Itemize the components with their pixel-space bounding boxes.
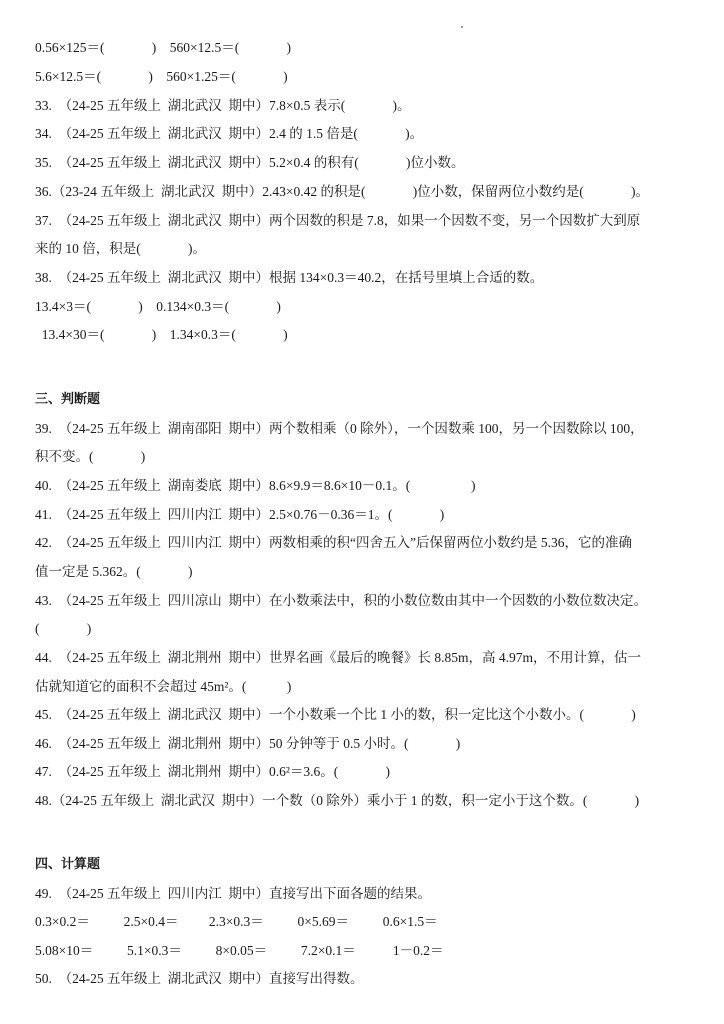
question-40: 40. （24-25 五年级上 湖南娄底 期中）8.6×9.9＝8.6×10－0… [35,476,475,496]
question-34: 34. （24-25 五年级上 湖北武汉 期中）2.4 的 1.5 倍是( )。 [35,124,423,144]
question-44: 44. （24-25 五年级上 湖北荆州 期中）世界名画《最后的晚餐》长 8.8… [35,648,641,668]
question-50: 50. （24-25 五年级上 湖北武汉 期中）直接写出得数。 [35,969,364,989]
question-49-row-1: 0.3×0.2＝ 2.5×0.4＝ 2.3×0.3＝ 0×5.69＝ 0.6×1… [35,912,438,932]
page-marker-dot [461,26,463,28]
question-42: 42. （24-25 五年级上 四川内江 期中）两数相乘的积“四舍五入”后保留两… [35,533,632,553]
section-heading-calculation: 四、计算题 [35,855,100,875]
question-45: 45. （24-25 五年级上 湖北武汉 期中）一个小数乘一个比 1 小的数，积… [35,705,636,725]
question-49: 49. （24-25 五年级上 四川内江 期中）直接写出下面各题的结果。 [35,884,431,904]
question-44-cont: 估就知道它的面积不会超过 45m²。( ) [35,677,291,697]
question-49-row-2: 5.08×10＝ 5.1×0.3＝ 8×0.05＝ 7.2×0.1＝ 1－0.2… [35,941,443,961]
question-36: 36.（23-24 五年级上 湖北武汉 期中）2.43×0.42 的积是( )位… [35,182,649,202]
section-heading-judgment: 三、判断题 [35,390,100,410]
question-42-cont: 值一定是 5.362。( ) [35,562,193,582]
question-37: 37. （24-25 五年级上 湖北武汉 期中）两个因数的积是 7.8，如果一个… [35,211,640,231]
question-38: 38. （24-25 五年级上 湖北武汉 期中）根据 134×0.3＝40.2，… [35,268,543,288]
q32-line-2: 5.6×12.5＝( ) 560×1.25＝( ) [35,67,288,87]
question-48: 48.（24-25 五年级上 湖北武汉 期中）一个数（0 除外）乘小于 1 的数… [35,791,639,811]
question-39-cont: 积不变。( ) [35,447,145,467]
question-46: 46. （24-25 五年级上 湖北荆州 期中）50 分钟等于 0.5 小时。(… [35,734,460,754]
question-39: 39. （24-25 五年级上 湖南邵阳 期中）两个数相乘（0 除外），一个因数… [35,419,644,439]
question-38-row-2: 13.4×30＝( ) 1.34×0.3＝( ) [35,325,288,345]
question-38-row-1: 13.4×3＝( ) 0.134×0.3＝( ) [35,297,281,317]
question-43-cont: ( ) [35,619,91,639]
question-43: 43. （24-25 五年级上 四川凉山 期中）在小数乘法中，积的小数位数由其中… [35,591,647,611]
question-35: 35. （24-25 五年级上 湖北武汉 期中）5.2×0.4 的积有( )位小… [35,153,464,173]
question-41: 41. （24-25 五年级上 四川内江 期中）2.5×0.76－0.36＝1。… [35,505,444,525]
question-47: 47. （24-25 五年级上 湖北荆州 期中）0.6²＝3.6。( ) [35,762,390,782]
question-33: 33. （24-25 五年级上 湖北武汉 期中）7.8×0.5 表示( )。 [35,96,410,116]
question-37-cont: 来的 10 倍，积是( )。 [35,239,206,259]
q32-line-1: 0.56×125＝( ) 560×12.5＝( ) [35,38,291,58]
